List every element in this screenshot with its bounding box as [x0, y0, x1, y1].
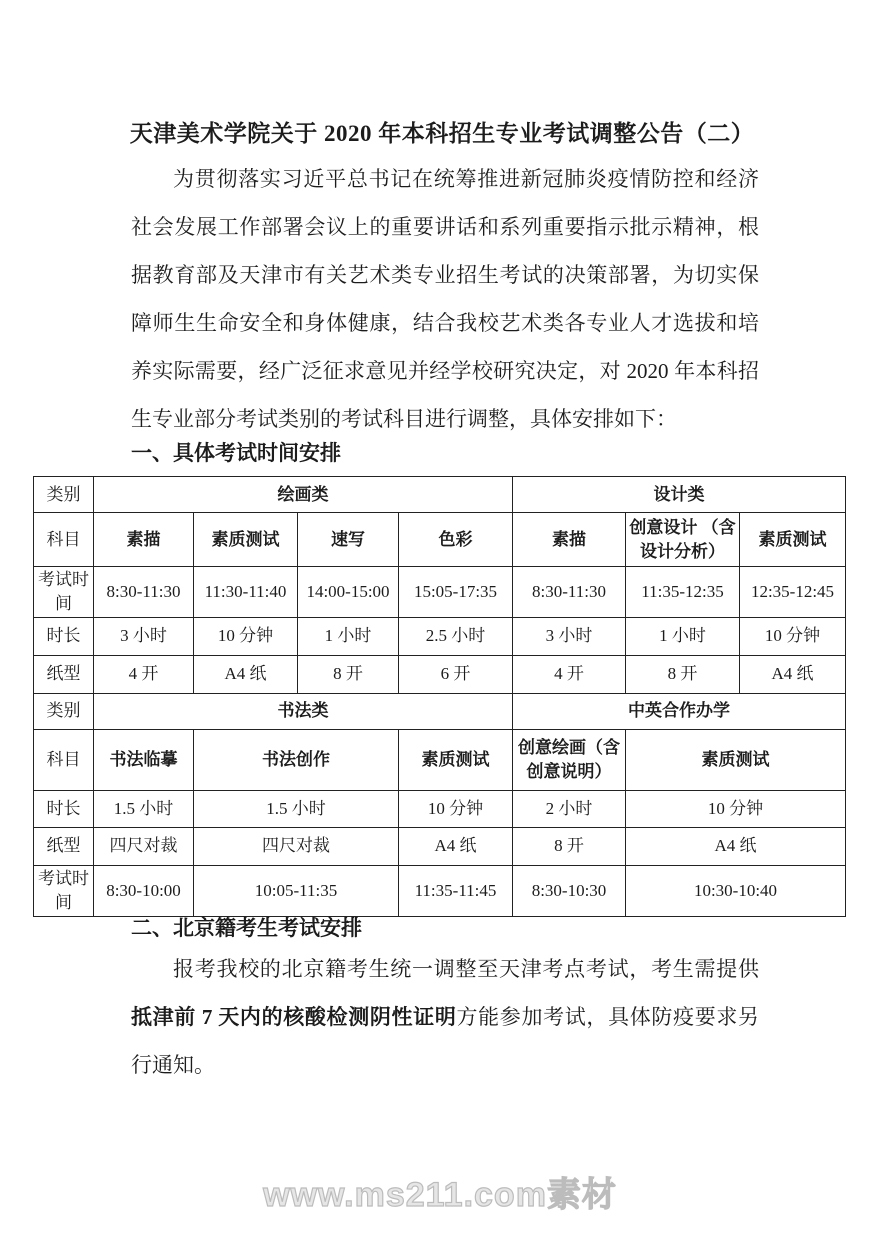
- duration-cell: 1.5 小时: [94, 790, 194, 827]
- paper-cell: A4 纸: [194, 655, 298, 693]
- row-label-cell: 纸型: [34, 655, 94, 693]
- category-cell: 书法类: [94, 693, 513, 729]
- time-cell: 14:00-15:00: [298, 567, 399, 618]
- table-row: 时长 1.5 小时 1.5 小时 10 分钟 2 小时 10 分钟: [34, 790, 846, 827]
- table-row: 类别 绘画类 设计类: [34, 477, 846, 513]
- bold-requirement-text: 抵津前 7 天内的核酸检测阴性证明: [131, 1005, 456, 1029]
- document-page: 天津美术学院关于 2020 年本科招生专业考试调整公告（二） 为贯彻落实习近平总…: [0, 0, 880, 1244]
- paper-cell: A4 纸: [399, 827, 513, 865]
- table-row: 纸型 4 开 A4 纸 8 开 6 开 4 开 8 开 A4 纸: [34, 655, 846, 693]
- section-1-heading: 一、具体考试时间安排: [131, 437, 341, 467]
- subject-cell: 创意绘画（含创意说明）: [513, 729, 626, 790]
- section-2-heading: 二、北京籍考生考试安排: [131, 912, 362, 942]
- duration-cell: 1.5 小时: [194, 790, 399, 827]
- duration-cell: 10 分钟: [194, 617, 298, 655]
- paper-cell: 8 开: [626, 655, 740, 693]
- table-row: 考试时间 8:30-11:30 11:30-11:40 14:00-15:00 …: [34, 567, 846, 618]
- table-row: 考试时间 8:30-10:00 10:05-11:35 11:35-11:45 …: [34, 865, 846, 916]
- subject-cell: 色彩: [399, 513, 513, 567]
- time-cell: 8:30-11:30: [513, 567, 626, 618]
- paper-cell: 8 开: [298, 655, 399, 693]
- duration-cell: 2 小时: [513, 790, 626, 827]
- table-row: 纸型 四尺对裁 四尺对裁 A4 纸 8 开 A4 纸: [34, 827, 846, 865]
- table-row: 类别 书法类 中英合作办学: [34, 693, 846, 729]
- row-label-cell: 考试时间: [34, 865, 94, 916]
- duration-cell: 1 小时: [298, 617, 399, 655]
- subject-cell: 素质测试: [399, 729, 513, 790]
- time-cell: 8:30-11:30: [94, 567, 194, 618]
- subject-cell: 创意设计 （含设计分析）: [626, 513, 740, 567]
- subject-cell: 素质测试: [740, 513, 846, 567]
- duration-cell: 2.5 小时: [399, 617, 513, 655]
- subject-cell: 素描: [513, 513, 626, 567]
- duration-cell: 3 小时: [94, 617, 194, 655]
- paper-cell: 4 开: [513, 655, 626, 693]
- row-label-cell: 纸型: [34, 827, 94, 865]
- intro-paragraph: 为贯彻落实习近平总书记在统筹推进新冠肺炎疫情防控和经济社会发展工作部署会议上的重…: [131, 155, 759, 443]
- row-label-cell: 科目: [34, 729, 94, 790]
- beijing-paragraph: 报考我校的北京籍考生统一调整至天津考点考试，考生需提供抵津前 7 天内的核酸检测…: [131, 945, 759, 1089]
- paper-cell: 4 开: [94, 655, 194, 693]
- paragraph-text: 报考我校的北京籍考生统一调整至天津考点考试，考生需提供: [173, 957, 759, 981]
- row-label-cell: 时长: [34, 617, 94, 655]
- subject-cell: 素描: [94, 513, 194, 567]
- table-row: 科目 素描 素质测试 速写 色彩 素描 创意设计 （含设计分析） 素质测试: [34, 513, 846, 567]
- duration-cell: 10 分钟: [626, 790, 846, 827]
- paper-cell: 6 开: [399, 655, 513, 693]
- subject-cell: 书法临摹: [94, 729, 194, 790]
- paper-cell: 8 开: [513, 827, 626, 865]
- time-cell: 10:05-11:35: [194, 865, 399, 916]
- row-label-cell: 类别: [34, 477, 94, 513]
- row-label-cell: 考试时间: [34, 567, 94, 618]
- duration-cell: 10 分钟: [399, 790, 513, 827]
- time-cell: 12:35-12:45: [740, 567, 846, 618]
- subject-cell: 速写: [298, 513, 399, 567]
- category-cell: 绘画类: [94, 477, 513, 513]
- row-label-cell: 科目: [34, 513, 94, 567]
- subject-cell: 书法创作: [194, 729, 399, 790]
- subject-cell: 素质测试: [194, 513, 298, 567]
- paper-cell: A4 纸: [740, 655, 846, 693]
- watermark: www.ms211.com素材: [0, 1167, 880, 1216]
- document-title: 天津美术学院关于 2020 年本科招生专业考试调整公告（二）: [128, 115, 756, 148]
- subject-cell: 素质测试: [626, 729, 846, 790]
- row-label-cell: 时长: [34, 790, 94, 827]
- paper-cell: A4 纸: [626, 827, 846, 865]
- time-cell: 11:30-11:40: [194, 567, 298, 618]
- time-cell: 11:35-12:35: [626, 567, 740, 618]
- category-cell: 中英合作办学: [513, 693, 846, 729]
- paper-cell: 四尺对裁: [94, 827, 194, 865]
- category-cell: 设计类: [513, 477, 846, 513]
- duration-cell: 10 分钟: [740, 617, 846, 655]
- exam-schedule-table: 类别 绘画类 设计类 科目 素描 素质测试 速写 色彩 素描 创意设计 （含设计…: [33, 476, 846, 917]
- table-row: 时长 3 小时 10 分钟 1 小时 2.5 小时 3 小时 1 小时 10 分…: [34, 617, 846, 655]
- time-cell: 8:30-10:30: [513, 865, 626, 916]
- time-cell: 10:30-10:40: [626, 865, 846, 916]
- time-cell: 11:35-11:45: [399, 865, 513, 916]
- table-row: 科目 书法临摹 书法创作 素质测试 创意绘画（含创意说明） 素质测试: [34, 729, 846, 790]
- paper-cell: 四尺对裁: [194, 827, 399, 865]
- time-cell: 15:05-17:35: [399, 567, 513, 618]
- duration-cell: 1 小时: [626, 617, 740, 655]
- row-label-cell: 类别: [34, 693, 94, 729]
- time-cell: 8:30-10:00: [94, 865, 194, 916]
- duration-cell: 3 小时: [513, 617, 626, 655]
